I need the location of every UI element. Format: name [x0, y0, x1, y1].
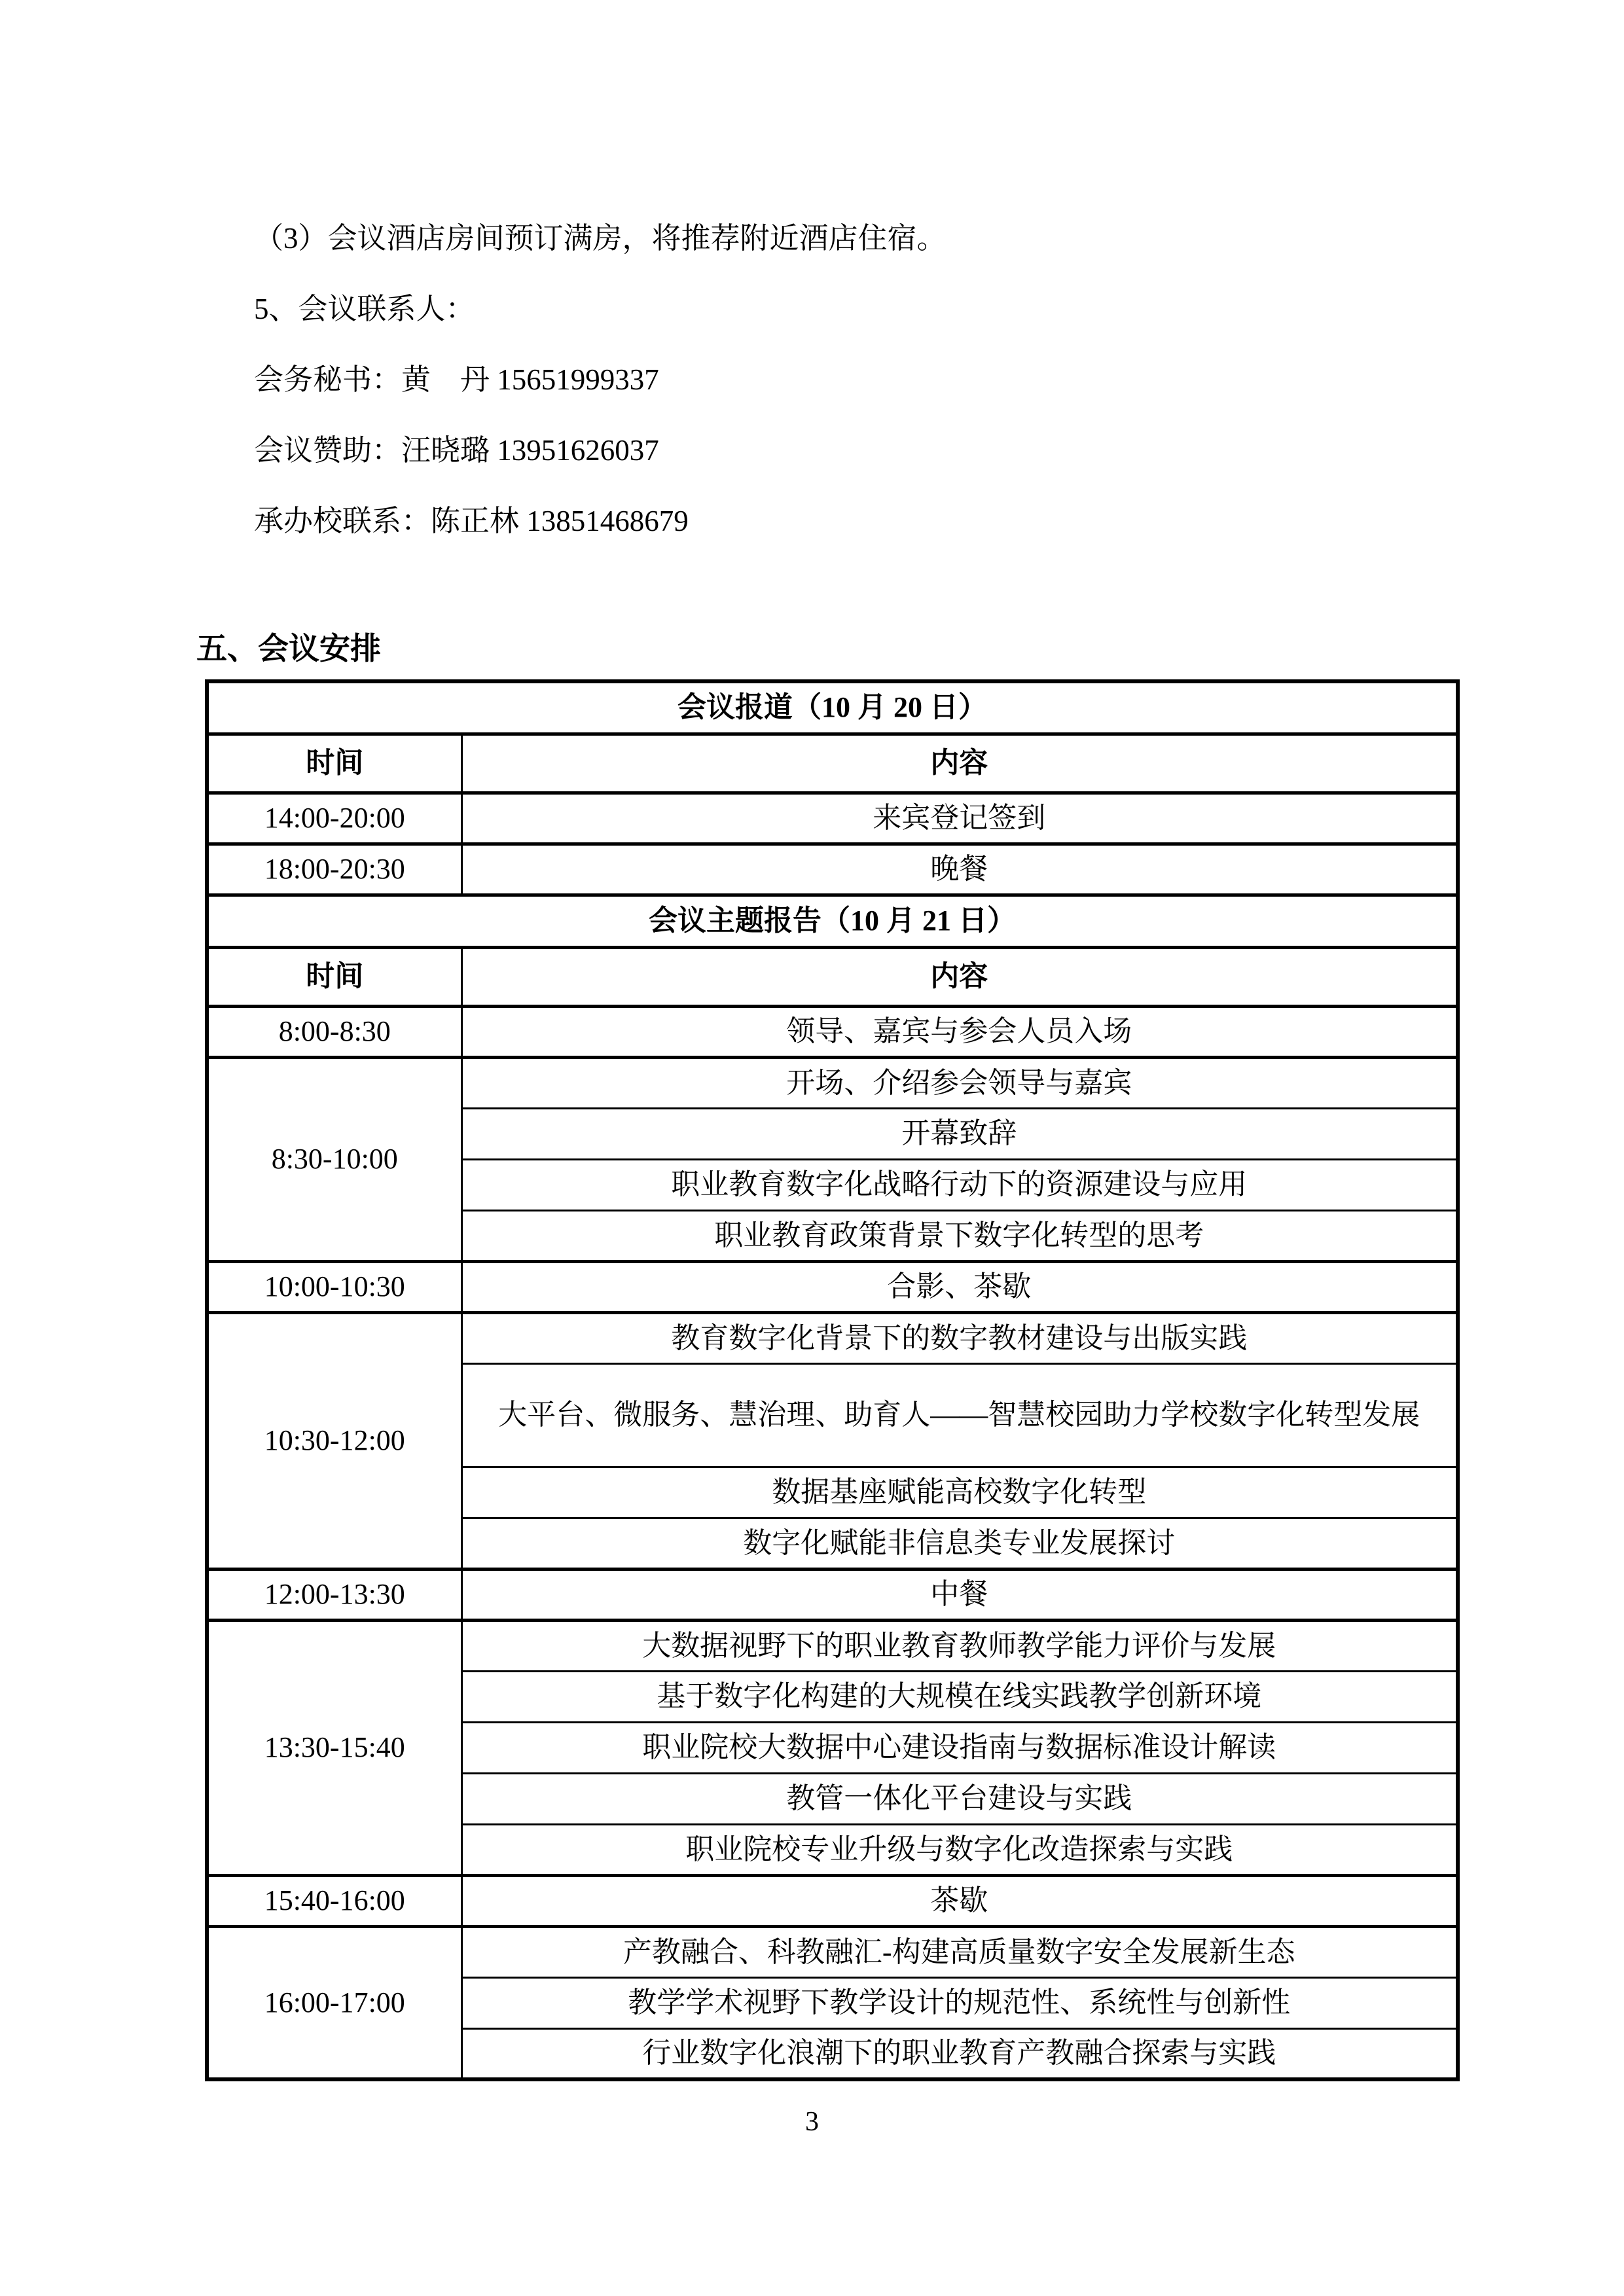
time-cell: 15:40-16:00	[207, 1875, 461, 1926]
time-cell: 10:30-12:00	[207, 1312, 461, 1569]
paragraph-sponsor-contact: 会议赞助：汪晓璐 13951626037	[254, 415, 1454, 486]
table-row: 时间 内容	[207, 734, 1458, 793]
paragraph-hotel-note: （3）会议酒店房间预订满房，将推荐附近酒店住宿。	[254, 203, 1454, 274]
content-cell: 开场、介绍参会领导与嘉宾	[461, 1057, 1458, 1108]
content-cell: 职业教育政策背景下数字化转型的思考	[461, 1210, 1458, 1261]
content-cell: 教管一体化平台建设与实践	[461, 1773, 1458, 1824]
content-cell: 来宾登记签到	[461, 793, 1458, 844]
time-cell: 18:00-20:30	[207, 844, 461, 895]
column-header-content: 内容	[461, 947, 1458, 1006]
content-cell: 合影、茶歇	[461, 1261, 1458, 1312]
time-cell: 13:30-15:40	[207, 1620, 461, 1875]
table-row: 会议报道（10 月 20 日）	[207, 681, 1458, 734]
time-cell: 10:00-10:30	[207, 1261, 461, 1312]
schedule-table: 会议报道（10 月 20 日） 时间 内容 14:00-20:00 来宾登记签到…	[205, 679, 1460, 2081]
table-row: 18:00-20:30 晚餐	[207, 844, 1458, 895]
column-header-time: 时间	[207, 734, 461, 793]
table-row: 8:30-10:00 开场、介绍参会领导与嘉宾	[207, 1057, 1458, 1108]
table-row: 13:30-15:40 大数据视野下的职业教育教师教学能力评价与发展	[207, 1620, 1458, 1671]
table-row: 会议主题报告（10 月 21 日）	[207, 895, 1458, 947]
content-cell: 基于数字化构建的大规模在线实践教学创新环境	[461, 1671, 1458, 1722]
content-cell: 数据基座赋能高校数字化转型	[461, 1467, 1458, 1518]
content-cell: 教育数字化背景下的数字教材建设与出版实践	[461, 1312, 1458, 1363]
section-heading: 五、会议安排	[196, 630, 1624, 669]
table-row: 12:00-13:30 中餐	[207, 1569, 1458, 1620]
time-cell: 16:00-17:00	[207, 1926, 461, 2079]
table-section-title: 会议主题报告（10 月 21 日）	[207, 895, 1458, 947]
time-cell: 8:30-10:00	[207, 1057, 461, 1261]
content-cell: 职业院校大数据中心建设指南与数据标准设计解读	[461, 1722, 1458, 1773]
table-row: 8:00-8:30 领导、嘉宾与参会人员入场	[207, 1006, 1458, 1057]
table-row: 15:40-16:00 茶歇	[207, 1875, 1458, 1926]
content-cell: 晚餐	[461, 844, 1458, 895]
table-row: 10:00-10:30 合影、茶歇	[207, 1261, 1458, 1312]
table-section-title: 会议报道（10 月 20 日）	[207, 681, 1458, 734]
column-header-time: 时间	[207, 947, 461, 1006]
content-cell: 职业教育数字化战略行动下的资源建设与应用	[461, 1159, 1458, 1210]
table-row: 时间 内容	[207, 947, 1458, 1006]
content-cell: 产教融合、科教融汇-构建高质量数字安全发展新生态	[461, 1926, 1458, 1977]
table-row: 10:30-12:00 教育数字化背景下的数字教材建设与出版实践	[207, 1312, 1458, 1363]
content-cell: 教学学术视野下教学设计的规范性、系统性与创新性	[461, 1977, 1458, 2028]
time-cell: 8:00-8:30	[207, 1006, 461, 1057]
content-cell: 茶歇	[461, 1875, 1458, 1926]
document-page: （3）会议酒店房间预订满房，将推荐附近酒店住宿。 5、会议联系人： 会务秘书：黄…	[0, 0, 1624, 2296]
page-number: 3	[0, 2106, 1624, 2138]
content-cell: 大数据视野下的职业教育教师教学能力评价与发展	[461, 1620, 1458, 1671]
paragraph-host-school-contact: 承办校联系：陈正林 13851468679	[254, 486, 1454, 556]
paragraph-secretary-contact: 会务秘书：黄 丹 15651999337	[254, 344, 1454, 415]
content-cell: 大平台、微服务、慧治理、助育人——智慧校园助力学校数字化转型发展	[461, 1363, 1458, 1467]
content-cell: 行业数字化浪潮下的职业教育产教融合探索与实践	[461, 2028, 1458, 2079]
time-cell: 12:00-13:30	[207, 1569, 461, 1620]
table-row: 14:00-20:00 来宾登记签到	[207, 793, 1458, 844]
content-cell: 职业院校专业升级与数字化改造探索与实践	[461, 1824, 1458, 1875]
content-cell: 领导、嘉宾与参会人员入场	[461, 1006, 1458, 1057]
content-cell: 中餐	[461, 1569, 1458, 1620]
intro-block: （3）会议酒店房间预订满房，将推荐附近酒店住宿。 5、会议联系人： 会务秘书：黄…	[0, 0, 1624, 556]
paragraph-contacts-heading: 5、会议联系人：	[254, 274, 1454, 344]
table-row: 16:00-17:00 产教融合、科教融汇-构建高质量数字安全发展新生态	[207, 1926, 1458, 1977]
content-cell: 数字化赋能非信息类专业发展探讨	[461, 1518, 1458, 1569]
column-header-content: 内容	[461, 734, 1458, 793]
time-cell: 14:00-20:00	[207, 793, 461, 844]
content-cell: 开幕致辞	[461, 1108, 1458, 1159]
